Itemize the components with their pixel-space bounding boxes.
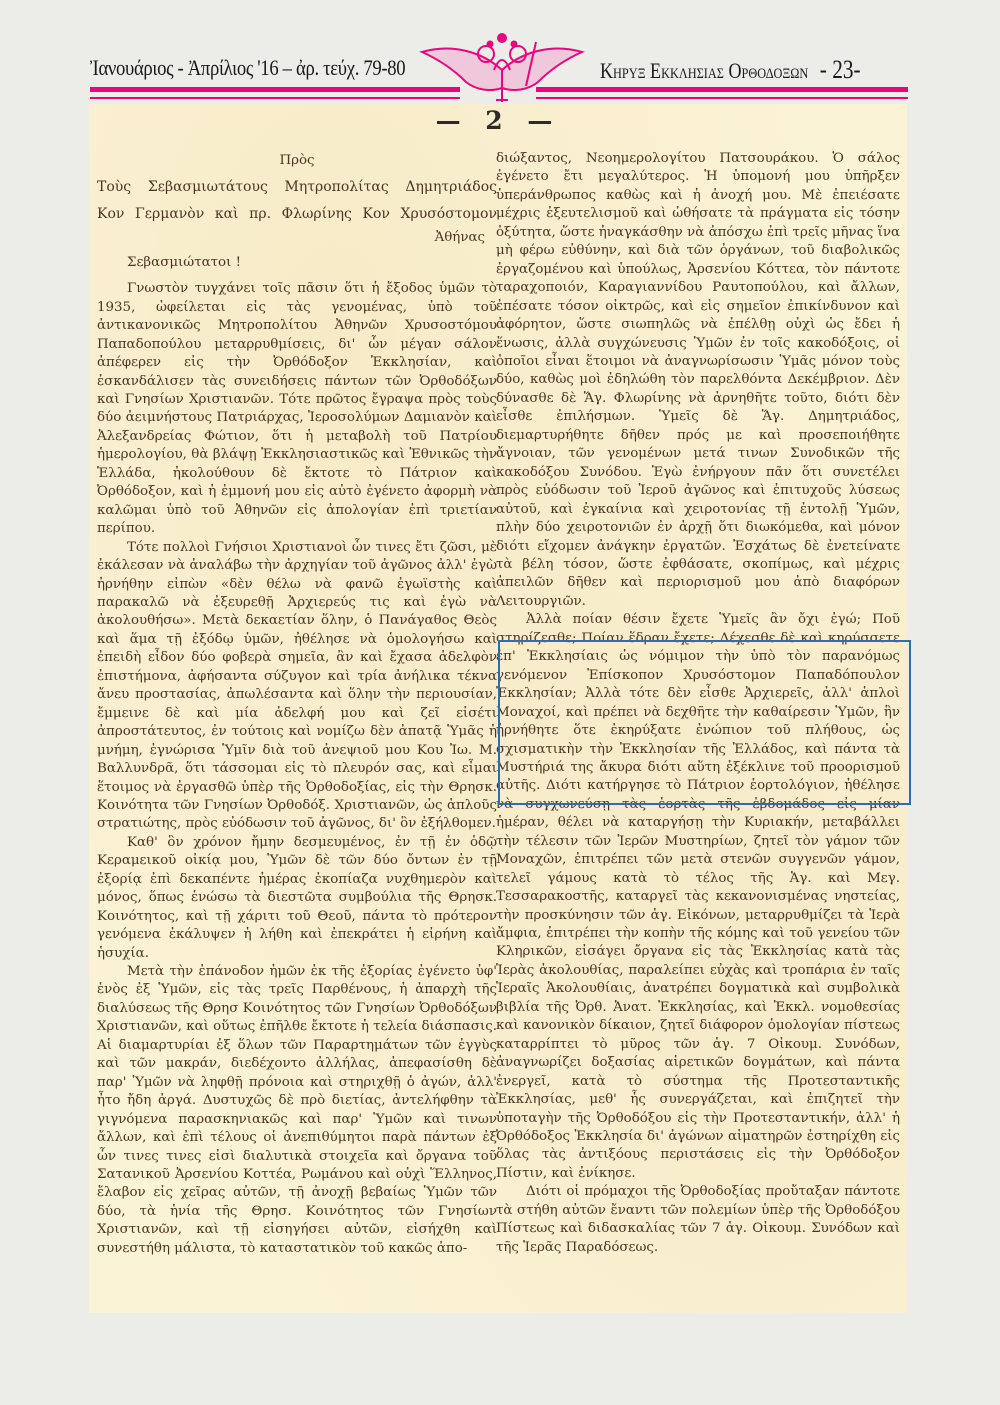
highlight-box	[498, 640, 911, 805]
paragraph: Γνωστὸν τυγχάνει τοῖς πᾶσιν ὅτι ἡ ἔξοδος…	[97, 280, 497, 538]
page-number: - 23-	[820, 55, 861, 84]
journal-name: Κηρυξ Εκκλησιας Ορθοδοξων	[600, 58, 808, 83]
header-rule-left-thin	[90, 97, 460, 99]
left-column: Πρὸς Τοὺς Σεβασμιωτάτους Μητροπολίτας Δη…	[97, 152, 497, 1258]
address-city: Ἀθήνας	[97, 229, 497, 247]
salutation: Σεβασμιώτατοι !	[97, 254, 497, 272]
address-line-1: Τοὺς Σεβασμιωτάτους Μητροπολίτας Δημητρι…	[97, 178, 497, 196]
paragraph: Διότι οἱ πρόμαχοι τῆς Ὀρθοδοξίας προὔταξ…	[496, 1183, 900, 1257]
paragraph: Τότε πολλοὶ Γνήσιοι Χριστιανοὶ ὧν τινες …	[97, 539, 497, 834]
journal-title: Κηρυξ Εκκλησιας Ορθοδοξων- 23-	[600, 55, 861, 85]
issue-info: Ἰανουάριος - Ἀπρίλιος '16 – ἀρ. τεύχ. 79…	[90, 55, 405, 81]
address-line-2: Κον Γερμανὸν καὶ πρ. Φλωρίνης Κον Χρυσόσ…	[97, 205, 497, 223]
page-header: Ἰανουάριος - Ἀπρίλιος '16 – ἀρ. τεύχ. 79…	[0, 0, 1000, 104]
page-marker: — 2 —	[89, 106, 907, 135]
address-to: Πρὸς	[97, 152, 497, 170]
paragraph: διώξαντος, Νεοημερολογίτου Πατσουράκου. …	[496, 150, 900, 611]
paragraph: Μετὰ τὴν ἐπάνοδον ἡμῶν ἐκ τῆς ἐξορίας ἐγ…	[97, 963, 497, 1258]
double-headed-eagle-icon	[410, 30, 594, 104]
header-rule-left	[90, 87, 460, 92]
paragraph: Καθ' ὃν χρόνον ἤμην δεσμευμένος, ἐν τῇ ἐ…	[97, 834, 497, 963]
